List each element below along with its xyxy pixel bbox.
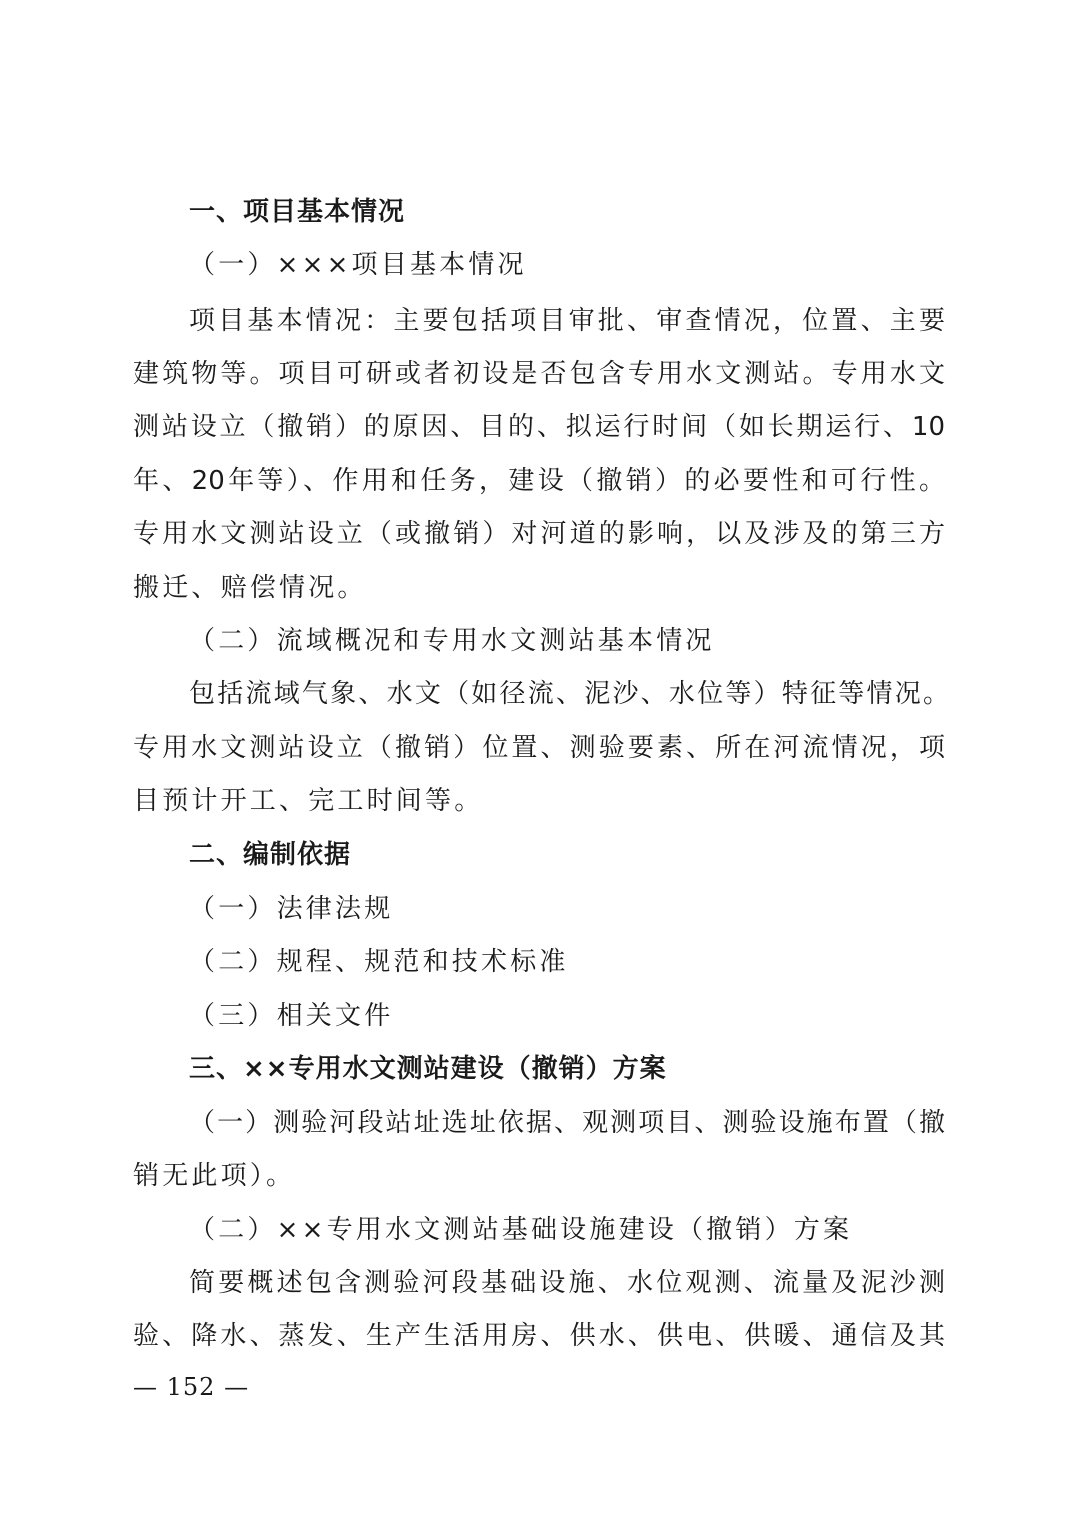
page-number: — 152 — [133, 1372, 249, 1402]
paragraph-line: 专用水文测站设立（或撤销）对河道的影响，以及涉及的第三方 [133, 518, 945, 550]
paragraph-line: 建筑物等。项目可研或者初设是否包含专用水文测站。专用水文 [133, 358, 945, 390]
paragraph-line: 测站设立（撤销）的原因、目的、拟运行时间（如长期运行、10 [133, 411, 945, 443]
document-page: 一、项目基本情况 （一）×××项目基本情况 项目基本情况：主要包括项目审批、审查… [0, 0, 1075, 1519]
paragraph-line: （一）测验河段站址选址依据、观测项目、测验设施布置（撤 [189, 1107, 945, 1139]
paragraph-line: 验、降水、蒸发、生产生活用房、供水、供电、供暖、通信及其 [133, 1320, 945, 1352]
subsection-heading-1-1: （一）×××项目基本情况 [189, 249, 1001, 281]
section-heading-2: 二、编制依据 [189, 839, 1001, 871]
subsection-heading-2-3: （三）相关文件 [189, 1000, 1001, 1032]
paragraph-line: 年、20年等）、作用和任务，建设（撤销）的必要性和可行性。 [133, 465, 945, 497]
subsection-heading-1-2: （二）流域概况和专用水文测站基本情况 [189, 625, 1001, 657]
subsection-heading-2-1: （一）法律法规 [189, 893, 1001, 925]
paragraph-line: 项目基本情况：主要包括项目审批、审查情况，位置、主要 [189, 305, 945, 337]
section-heading-3: 三、××专用水文测站建设（撤销）方案 [189, 1053, 1001, 1085]
subsection-heading-2-2: （二）规程、规范和技术标准 [189, 946, 1001, 978]
subsection-heading-3-2: （二）××专用水文测站基础设施建设（撤销）方案 [189, 1214, 1001, 1246]
paragraph-line: 销无此项）。 [133, 1160, 945, 1192]
paragraph-line: 目预计开工、完工时间等。 [133, 785, 945, 817]
paragraph-line: 包括流域气象、水文（如径流、泥沙、水位等）特征等情况。 [189, 678, 949, 710]
paragraph-line: 简要概述包含测验河段基础设施、水位观测、流量及泥沙测 [189, 1267, 945, 1299]
section-heading-1: 一、项目基本情况 [189, 196, 1001, 228]
paragraph-line: 专用水文测站设立（撤销）位置、测验要素、所在河流情况，项 [133, 732, 945, 764]
paragraph-line: 搬迁、赔偿情况。 [133, 572, 945, 604]
